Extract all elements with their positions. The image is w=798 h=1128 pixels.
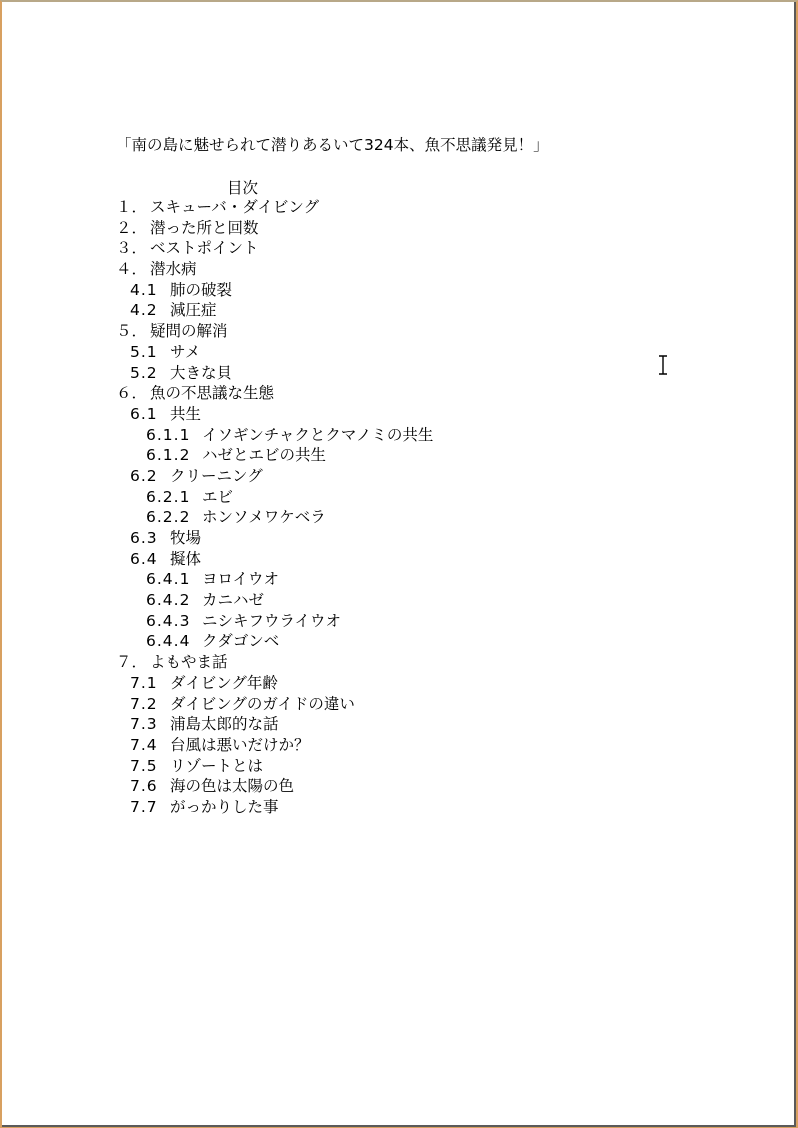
toc-label: ベストポイント bbox=[150, 238, 259, 259]
toc-number: 6.2.2 bbox=[146, 507, 202, 528]
toc-number: 7.6 bbox=[130, 776, 170, 797]
toc-number: 4.2 bbox=[130, 300, 170, 321]
toc-item: 6.1共生 bbox=[116, 404, 433, 425]
toc-item: 7.7がっかりした事 bbox=[116, 797, 433, 818]
toc-item: 4.2減圧症 bbox=[116, 300, 433, 321]
toc-item: ６．魚の不思議な生態 bbox=[116, 383, 433, 404]
toc-item: 7.5リゾートとは bbox=[116, 756, 433, 777]
toc-label: スキューバ・ダイビング bbox=[150, 197, 319, 218]
toc-number: 7.2 bbox=[130, 694, 170, 715]
toc-number: 7.1 bbox=[130, 673, 170, 694]
document-title: 「南の島に魅せられて潜りあるいて324本、魚不思議発見！」 bbox=[116, 135, 549, 155]
toc-number: ２． bbox=[116, 218, 150, 239]
toc-number: 7.7 bbox=[130, 797, 170, 818]
toc-item: 6.2.2ホンソメワケベラ bbox=[116, 507, 433, 528]
toc-item: 7.2ダイビングのガイドの違い bbox=[116, 694, 433, 715]
toc-label: 魚の不思議な生態 bbox=[150, 383, 274, 404]
toc-number: 6.2 bbox=[130, 466, 170, 487]
toc-number: 6.4.4 bbox=[146, 631, 202, 652]
toc-item: ５．疑問の解消 bbox=[116, 321, 433, 342]
toc-label: カニハゼ bbox=[202, 590, 264, 611]
toc-number: １． bbox=[116, 197, 150, 218]
toc-number: 6.4.3 bbox=[146, 611, 202, 632]
toc-number: ４． bbox=[116, 259, 150, 280]
toc-number: 6.1.2 bbox=[146, 445, 202, 466]
toc-label: イソギンチャクとクマノミの共生 bbox=[202, 425, 433, 446]
toc-label: よもやま話 bbox=[150, 652, 228, 673]
toc-label: 減圧症 bbox=[170, 300, 217, 321]
toc-label: 潜った所と回数 bbox=[150, 218, 259, 239]
toc-item: ７．よもやま話 bbox=[116, 652, 433, 673]
toc-item: ３．ベストポイント bbox=[116, 238, 433, 259]
toc-number: 7.3 bbox=[130, 714, 170, 735]
toc-label: ダイビング年齢 bbox=[170, 673, 278, 694]
toc-number: 4.1 bbox=[130, 280, 170, 301]
toc-item: 4.1肺の破裂 bbox=[116, 280, 433, 301]
toc-label: 台風は悪いだけか？ bbox=[170, 735, 310, 756]
toc-item: ２．潜った所と回数 bbox=[116, 218, 433, 239]
toc-label: ニシキフウライウオ bbox=[202, 611, 341, 632]
toc-label: サメ bbox=[170, 342, 200, 363]
toc-label: 疑問の解消 bbox=[150, 321, 228, 342]
toc-label: 大きな貝 bbox=[170, 363, 232, 384]
toc-label: ダイビングのガイドの違い bbox=[170, 694, 355, 715]
text-cursor-icon bbox=[657, 355, 669, 375]
toc-label: クダゴンベ bbox=[202, 631, 279, 652]
toc-item: 6.2クリーニング bbox=[116, 466, 433, 487]
toc-number: 6.1 bbox=[130, 404, 170, 425]
toc-number: 5.1 bbox=[130, 342, 170, 363]
document-page[interactable]: 「南の島に魅せられて潜りあるいて324本、魚不思議発見！」 目次 １．スキューバ… bbox=[0, 0, 798, 1128]
toc-number: 6.1.1 bbox=[146, 425, 202, 446]
toc-item: 6.1.1イソギンチャクとクマノミの共生 bbox=[116, 425, 433, 446]
toc-label: クリーニング bbox=[170, 466, 263, 487]
toc-item: 6.4.3ニシキフウライウオ bbox=[116, 611, 433, 632]
toc-number: 6.4 bbox=[130, 549, 170, 570]
toc-label: 潜水病 bbox=[150, 259, 197, 280]
toc-number: 6.4.1 bbox=[146, 569, 202, 590]
toc-item: 5.1サメ bbox=[116, 342, 433, 363]
toc-number: 6.4.2 bbox=[146, 590, 202, 611]
toc-item: 6.4擬体 bbox=[116, 549, 433, 570]
toc-number: 6.3 bbox=[130, 528, 170, 549]
toc-number: 5.2 bbox=[130, 363, 170, 384]
toc-label: 肺の破裂 bbox=[170, 280, 232, 301]
toc-item: 7.1ダイビング年齢 bbox=[116, 673, 433, 694]
toc-label: リゾートとは bbox=[170, 756, 263, 777]
toc-label: ホンソメワケベラ bbox=[202, 507, 326, 528]
toc-number: ７． bbox=[116, 652, 150, 673]
toc-item: 6.4.1 ヨロイウオ bbox=[116, 569, 433, 590]
toc-label: 共生 bbox=[170, 404, 201, 425]
toc-item: 7.4台風は悪いだけか？ bbox=[116, 735, 433, 756]
toc-item: 6.4.4クダゴンベ bbox=[116, 631, 433, 652]
toc-item: 7.3浦島太郎的な話 bbox=[116, 714, 433, 735]
toc-label: ハゼとエビの共生 bbox=[202, 445, 326, 466]
toc-number: ５． bbox=[116, 321, 150, 342]
toc-label: エビ bbox=[202, 487, 233, 508]
toc-item: 5.2大きな貝 bbox=[116, 363, 433, 384]
toc-item: 6.4.2カニハゼ bbox=[116, 590, 433, 611]
toc-number: ６． bbox=[116, 383, 150, 404]
toc-item: 6.2.1エビ bbox=[116, 487, 433, 508]
toc-label: 擬体 bbox=[170, 549, 201, 570]
toc-item: 7.6海の色は太陽の色 bbox=[116, 776, 433, 797]
toc-item: 6.1.2ハゼとエビの共生 bbox=[116, 445, 433, 466]
toc-number: 6.2.1 bbox=[146, 487, 202, 508]
toc-label: 海の色は太陽の色 bbox=[170, 776, 294, 797]
toc-heading: 目次 bbox=[227, 178, 258, 198]
toc-label: 牧場 bbox=[170, 528, 201, 549]
toc-label: がっかりした事 bbox=[170, 797, 279, 818]
toc-number: 7.5 bbox=[130, 756, 170, 777]
toc-number: ３． bbox=[116, 238, 150, 259]
table-of-contents: １．スキューバ・ダイビング ２．潜った所と回数 ３．ベストポイント ４．潜水病 … bbox=[116, 197, 433, 818]
toc-label: ヨロイウオ bbox=[202, 569, 279, 590]
toc-item: 6.3牧場 bbox=[116, 528, 433, 549]
toc-number: 7.4 bbox=[130, 735, 170, 756]
toc-item: ４．潜水病 bbox=[116, 259, 433, 280]
toc-label: 浦島太郎的な話 bbox=[170, 714, 279, 735]
toc-item: １．スキューバ・ダイビング bbox=[116, 197, 433, 218]
